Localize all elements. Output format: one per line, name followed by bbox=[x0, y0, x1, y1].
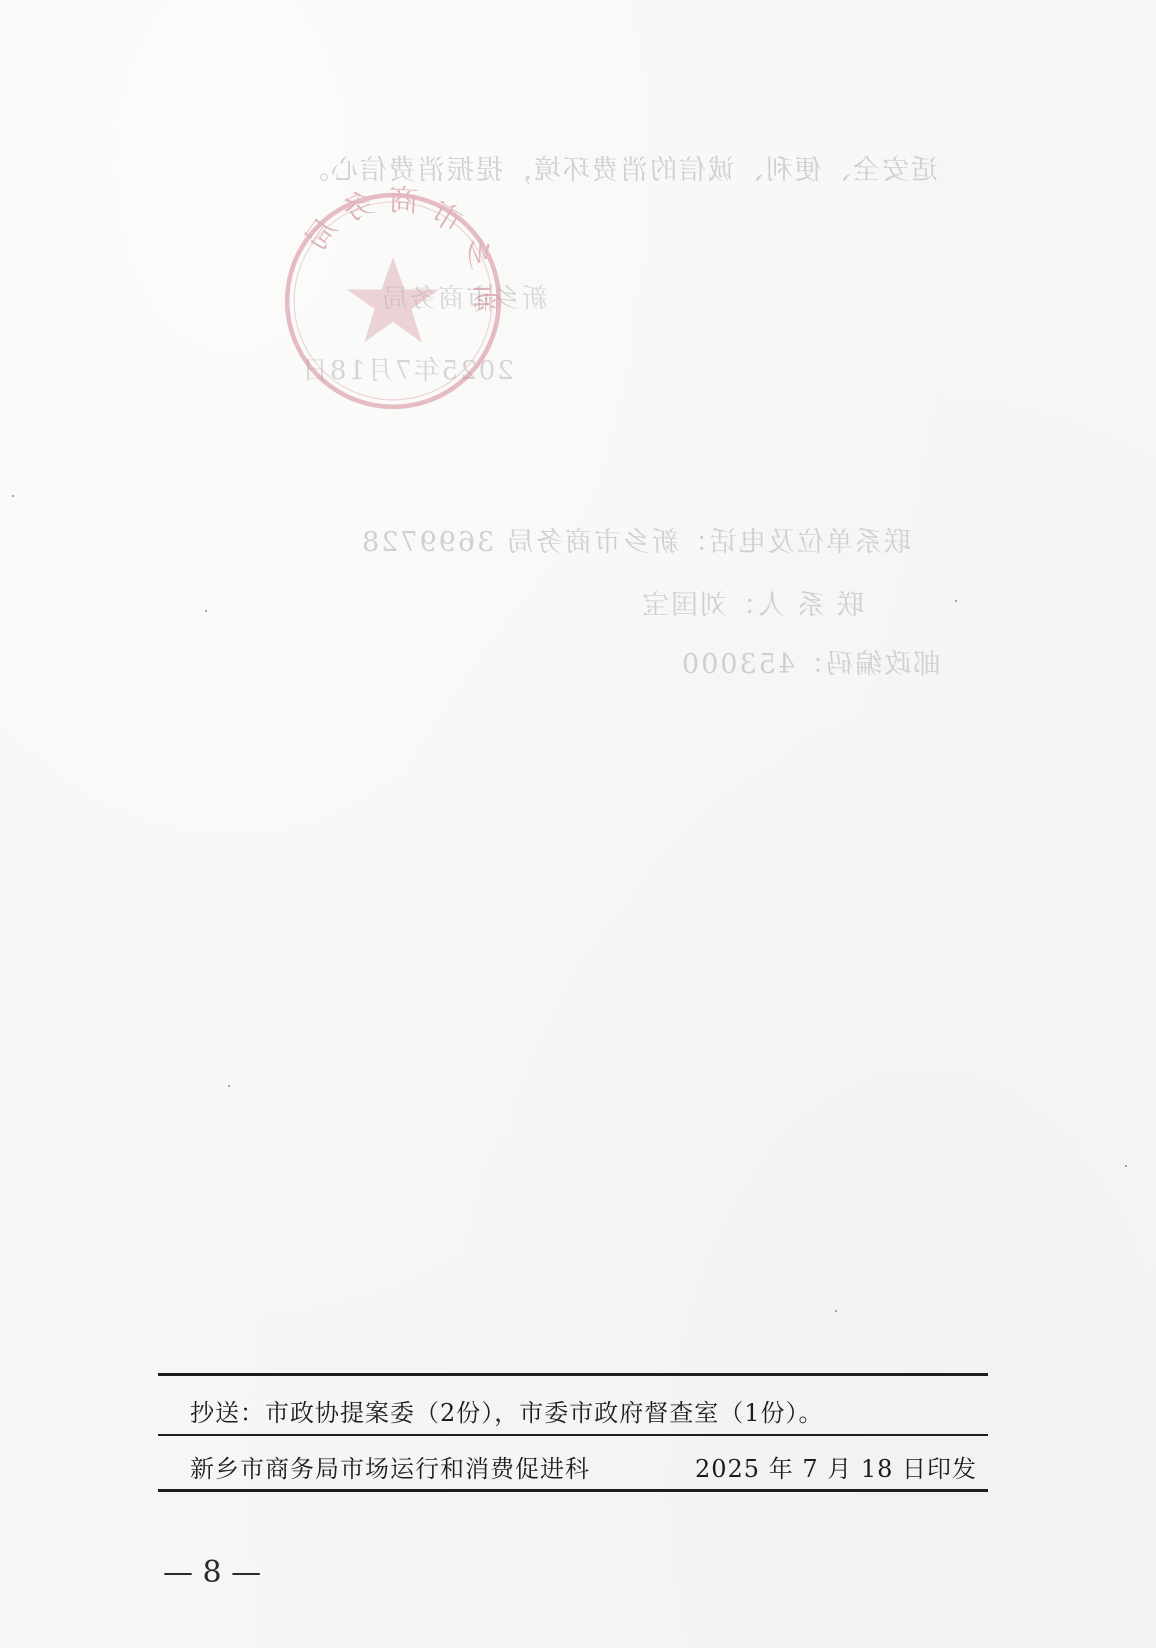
official-seal: 新乡市商务局 bbox=[278, 186, 508, 416]
issuer-line: 新乡市商务局市场运行和消费促进科 2025 年 7 月 18 日印发 bbox=[190, 1449, 970, 1484]
document-page: 适安全、便利、诚信的消费环境，提振消费信心。 新乡市商务局 2025年7月18日… bbox=[0, 0, 1156, 1648]
bleed-through-postal-code: 邮政编码：453000 bbox=[680, 642, 940, 681]
scan-speck bbox=[12, 495, 14, 497]
seal-icon: 新乡市商务局 bbox=[278, 186, 508, 416]
page-number: — 8 — bbox=[163, 1555, 261, 1590]
cc-bottom-rule bbox=[158, 1489, 988, 1492]
scan-speck bbox=[1125, 1165, 1127, 1167]
cc-middle-rule bbox=[158, 1434, 988, 1436]
bleed-through-contact-unit: 联系单位及电话：新乡市商务局 3699728 bbox=[360, 520, 911, 559]
issue-date: 2025 年 7 月 18 日印发 bbox=[695, 1449, 977, 1484]
bleed-through-contact-person: 联 系 人：刘国宝 bbox=[640, 583, 864, 622]
cc-top-rule bbox=[158, 1373, 988, 1376]
issuer-unit: 新乡市商务局市场运行和消费促进科 bbox=[190, 1455, 590, 1483]
scan-speck bbox=[955, 600, 957, 602]
bleed-through-text-line: 适安全、便利、诚信的消费环境，提振消费信心。 bbox=[300, 148, 938, 187]
cc-recipients: 抄送：市政协提案委（2份），市委市政府督查室（1份）。 bbox=[190, 1393, 824, 1428]
scan-speck bbox=[835, 1310, 837, 1312]
scan-speck bbox=[205, 610, 207, 612]
scan-speck bbox=[228, 1085, 230, 1087]
